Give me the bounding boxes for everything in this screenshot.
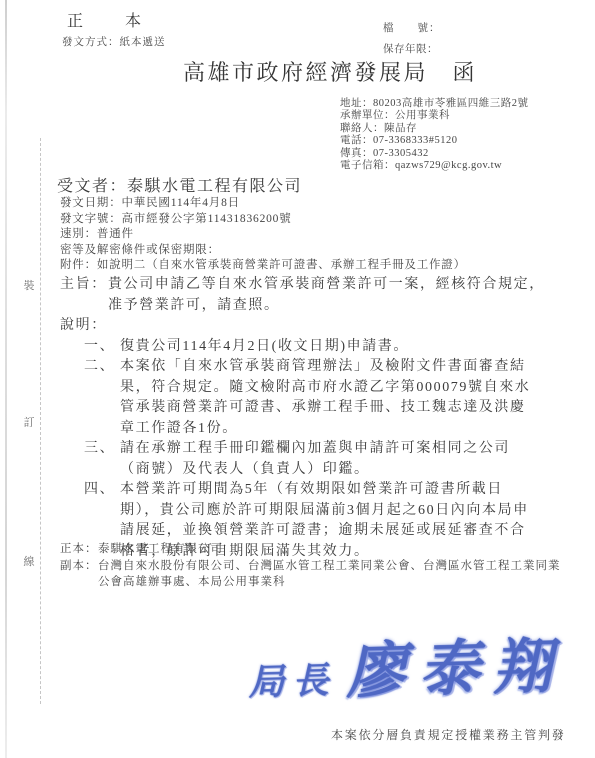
issue-date: 發文日期：中華民國114年4月8日 <box>60 196 466 212</box>
director-signature-stamp: 局長 廖泰翔 <box>247 617 594 712</box>
item-text: 請在承辦工程手冊印鑑欄內加蓋與申請許可案相同之公司（商號）及代表人（負責人）印鑑… <box>120 439 540 480</box>
binding-fold-line <box>40 138 41 704</box>
explanation-item-3: 三、 請在承辦工程手冊印鑑欄內加蓋與申請許可案相同之公司（商號）及代表人（負責人… <box>84 439 565 480</box>
letter-body: 主旨： 貴公司申請乙等自來水管承裝商營業許可一案，經核符合規定，准予營業許可，請… <box>60 275 565 562</box>
binding-mark-zhuang: 裝 <box>22 277 36 293</box>
item-number: 一、 <box>84 337 120 358</box>
agency-address: 地址：80203高雄市苓雅區四維三路2號 <box>340 98 529 110</box>
retention-period-label: 保存年限： <box>383 41 438 56</box>
agency-handling-unit: 承辦單位：公用事業科 <box>340 110 529 122</box>
item-text: 本案依「自來水管承裝商管理辦法」及檢附文件書面審查結果，符合規定。隨文檢附高市府… <box>120 357 540 439</box>
distribution-block: 正本： 泰騏水電工程有限公司 副本： 台灣自來水股份有限公司、台灣區水管工程工業… <box>60 541 566 591</box>
subject-label: 主旨： <box>60 275 108 316</box>
attachments-line: 附件：如說明二（自來水管承裝商營業許可證書、承辦工程手冊及工作證） <box>60 258 466 274</box>
signer-title: 局長 <box>248 652 337 705</box>
binding-mark-ding: 訂 <box>22 414 36 430</box>
document-page: 裝 訂 線 正 本 發文方式：紙本遞送 檔 號： 保存年限： 高雄市政府經濟發展… <box>0 0 595 758</box>
item-number: 三、 <box>84 439 120 480</box>
item-text: 復貴公司114年4月2日(收文日期)申請書。 <box>120 337 540 358</box>
priority-level: 速別：普通件 <box>60 227 466 243</box>
scan-edge-line <box>5 0 7 758</box>
document-meta-block: 發文日期：中華民國114年4月8日 發文字號：高市經發公字第1143183620… <box>60 196 466 274</box>
file-number-label: 檔 號： <box>383 20 441 35</box>
confidentiality-level: 密等及解密條件或保密期限： <box>60 243 466 259</box>
agency-contact-person: 聯絡人：陳品存 <box>340 123 529 135</box>
original-recipients: 泰騏水電工程有限公司 <box>98 541 566 558</box>
original-recipient-row: 正本： 泰騏水電工程有限公司 <box>60 541 566 558</box>
original-label: 正本： <box>60 541 98 558</box>
explanation-label: 說明： <box>60 316 565 337</box>
binding-mark-xian: 線 <box>22 553 36 569</box>
explanation-item-1: 一、 復貴公司114年4月2日(收文日期)申請書。 <box>84 337 565 358</box>
subject-text: 貴公司申請乙等自來水管承裝商營業許可一案，經核符合規定，准予營業許可，請查照。 <box>108 275 553 316</box>
recipient-line: 受文者：泰騏水電工程有限公司 <box>57 173 302 196</box>
item-number: 二、 <box>84 357 120 439</box>
subject-section: 主旨： 貴公司申請乙等自來水管承裝商營業許可一案，經核符合規定，准予營業許可，請… <box>60 275 565 316</box>
copy-recipient-row: 副本： 台灣自來水股份有限公司、台灣區水管工程工業同業公會、台灣區水管工程工業同… <box>60 558 566 591</box>
copy-type-label: 正 本 <box>67 8 154 31</box>
copy-recipients: 台灣自來水股份有限公司、台灣區水管工程工業同業公會、台灣區水管工程工業同業公會高… <box>98 558 566 591</box>
issue-number: 發文字號：高市經發公字第11431836200號 <box>60 212 466 228</box>
agency-email: 電子信箱：qazws729@kcg.gov.tw <box>340 160 529 172</box>
agency-fax: 傳真：07-3305432 <box>340 148 529 160</box>
agency-phone: 電話：07-3368333#5120 <box>340 135 529 147</box>
delegation-note: 本案依分層負責規定授權業務主管判發 <box>331 726 566 743</box>
explanation-item-2: 二、 本案依「自來水管承裝商管理辦法」及檢附文件書面審查結果，符合規定。隨文檢附… <box>84 357 565 439</box>
document-title: 高雄市政府經濟發展局 函 <box>183 56 477 87</box>
agency-contact-block: 地址：80203高雄市苓雅區四維三路2號 承辦單位：公用事業科 聯絡人：陳品存 … <box>340 98 529 172</box>
delivery-method-label: 發文方式：紙本遞送 <box>62 34 166 49</box>
signer-name: 廖泰翔 <box>345 618 566 710</box>
copy-label: 副本： <box>60 558 98 591</box>
